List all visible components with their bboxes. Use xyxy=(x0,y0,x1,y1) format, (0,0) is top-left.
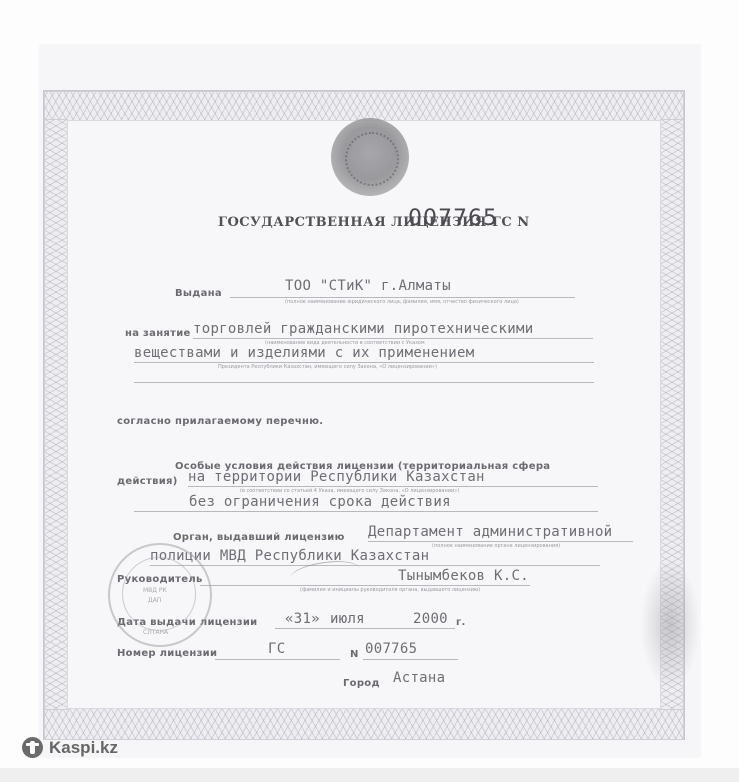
activity-line2: веществами и изделиями с их применением xyxy=(134,345,474,361)
activity-label: на занятие xyxy=(125,328,191,339)
license-series: ГС xyxy=(268,641,285,657)
license-number-label: Номер лицензии xyxy=(117,648,217,659)
stamp-text-1: МВД РК xyxy=(143,587,167,594)
date-underline xyxy=(275,628,455,629)
license-series-underline xyxy=(215,659,340,660)
per-list-text: согласно прилагаемому перечню. xyxy=(117,416,323,427)
guilloche-border-left xyxy=(44,119,68,710)
issued-to-label: Выдана xyxy=(175,288,222,299)
date-day: «31» xyxy=(285,611,320,627)
city-value: Астана xyxy=(393,670,445,686)
guilloche-border-bottom xyxy=(44,708,684,740)
city-label: Город xyxy=(343,678,380,689)
stamp-text-2: ДАП xyxy=(148,597,161,604)
bottom-strip xyxy=(0,768,739,782)
watermark-text: Kaspi.kz xyxy=(49,738,118,758)
activity-line1-underline xyxy=(193,338,593,339)
license-number-underline xyxy=(363,659,458,660)
activity-line1: торговлей гражданскими пиротехническими xyxy=(193,321,533,337)
authority-hint: (полное наименование органа лицензирован… xyxy=(432,543,560,549)
scan-shadow xyxy=(640,560,700,690)
head-value: Тынымбеков К.С. xyxy=(398,568,529,584)
conditions-label-2: действия) xyxy=(117,476,178,487)
head-hint: (фамилия и инициалы руководителя органа,… xyxy=(300,587,480,593)
conditions-line1-underline xyxy=(188,486,598,487)
head-underline xyxy=(200,585,530,586)
license-title-number: 007765 xyxy=(408,206,498,231)
authority-label: Орган, выдавший лицензию xyxy=(173,532,345,543)
kaspi-logo-icon xyxy=(22,737,43,758)
issued-to-line xyxy=(230,297,575,298)
issued-to-value: ТОО "СТиК" г.Алматы xyxy=(285,278,451,294)
state-emblem-icon xyxy=(331,118,409,196)
authority-line2-underline xyxy=(150,565,600,566)
conditions-line1: на территории Республики Казахстан xyxy=(188,469,485,485)
date-year: 2000 xyxy=(413,611,448,627)
activity-line2-underline xyxy=(134,362,594,363)
kaspi-watermark: Kaspi.kz xyxy=(22,737,118,758)
issued-to-hint: (полное наименование юридического лица, … xyxy=(285,299,519,305)
license-number-value: 007765 xyxy=(365,641,417,657)
authority-line1-underline xyxy=(368,541,633,542)
activity-hint2: Президента Республики Казахстан, имеющег… xyxy=(218,364,437,370)
authority-line1: Департамент административной xyxy=(368,524,612,540)
date-month: июля xyxy=(330,611,365,627)
license-n-label: N xyxy=(350,649,359,660)
stamp-text-3: СЛТАНА xyxy=(143,629,168,636)
date-suffix: г. xyxy=(456,617,466,628)
conditions-line2: без ограничения срока действия xyxy=(189,494,451,510)
activity-blank-line xyxy=(134,382,594,383)
conditions-line2-underline xyxy=(134,511,598,512)
guilloche-border-top xyxy=(44,91,684,121)
